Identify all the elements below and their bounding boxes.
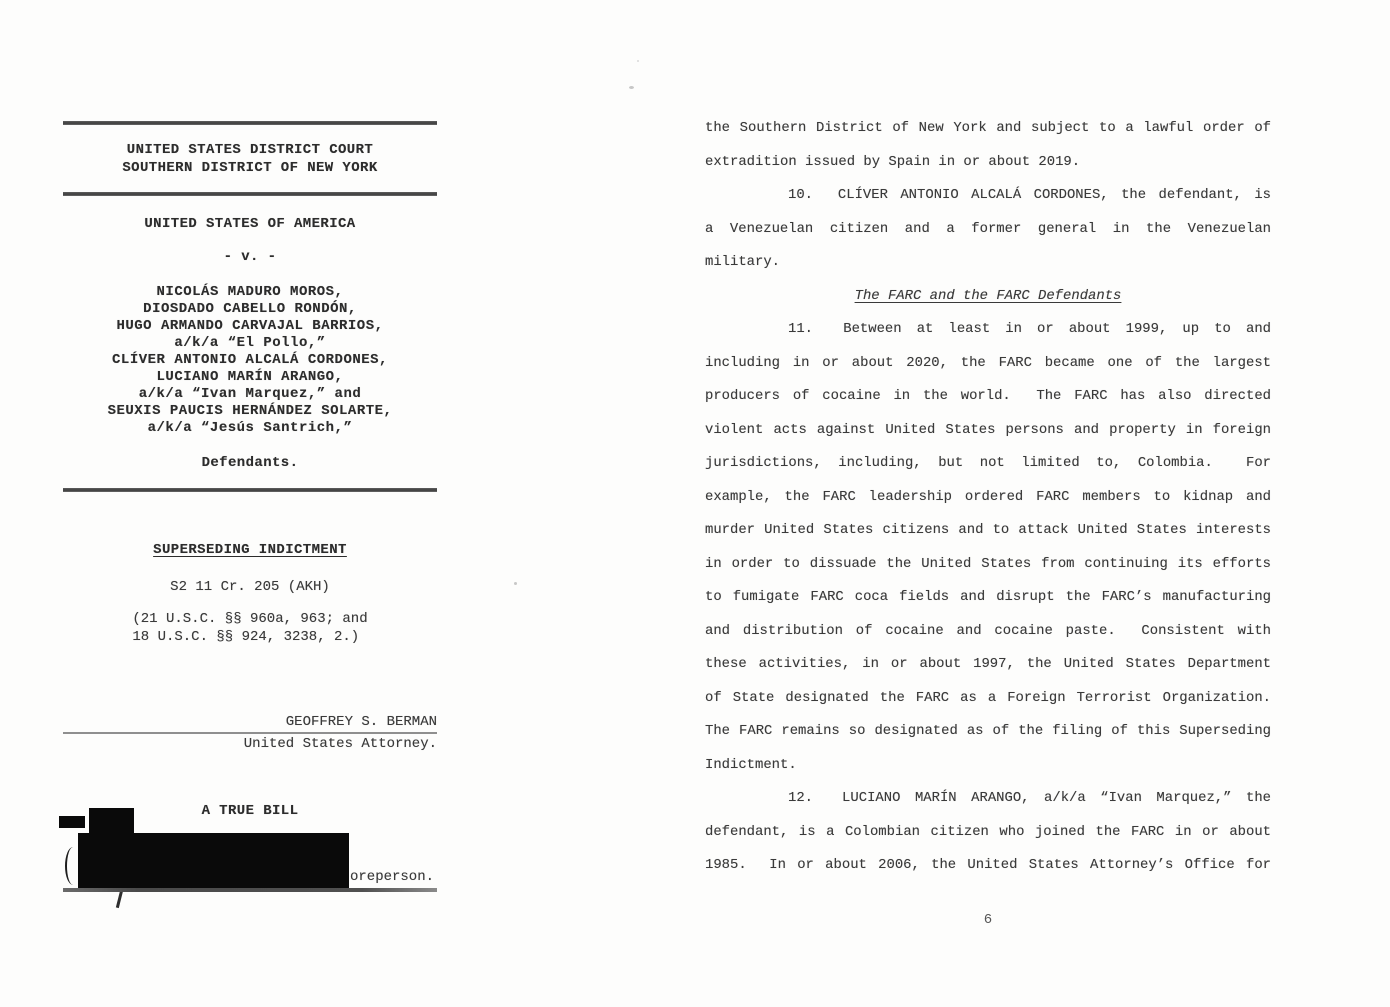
body-line: military. bbox=[705, 246, 1271, 280]
statute-line: 18 U.S.C. §§ 924, 3238, 2.) bbox=[132, 629, 367, 647]
body-line: in order to dissuade the United States f… bbox=[705, 548, 1271, 582]
body-line: murder United States citizens and to att… bbox=[705, 514, 1271, 548]
document-title: SUPERSEDING INDICTMENT bbox=[63, 542, 437, 558]
caption-page: UNITED STATES DISTRICT COURTSOUTHERN DIS… bbox=[63, 0, 437, 1007]
defendant-list: NICOLÁS MADURO MOROS,DIOSDADO CABELLO RO… bbox=[63, 284, 437, 437]
court-header-line: SOUTHERN DISTRICT OF NEW YORK bbox=[63, 159, 437, 177]
signature-line bbox=[63, 732, 437, 734]
body-line: 1985. In or about 2006, the United State… bbox=[705, 849, 1271, 883]
body-line: example, the FARC leadership ordered FAR… bbox=[705, 481, 1271, 515]
signature-stroke-curve bbox=[65, 847, 81, 885]
body-line: 10. CLÍVER ANTONIO ALCALÁ CORDONES, the … bbox=[705, 179, 1271, 213]
body-line: 12. LUCIANO MARÍN ARANGO, a/k/a “Ivan Ma… bbox=[705, 782, 1271, 816]
body-line: violent acts against United States perso… bbox=[705, 414, 1271, 448]
defendant-line: LUCIANO MARÍN ARANGO, bbox=[63, 369, 437, 386]
horizontal-rule-top bbox=[63, 121, 437, 125]
defendant-line: a/k/a “El Pollo,” bbox=[63, 335, 437, 352]
statute-line: (21 U.S.C. §§ 960a, 963; and bbox=[132, 611, 367, 629]
body-line: The FARC and the FARC Defendants bbox=[705, 280, 1271, 314]
body-line: Indictment. bbox=[705, 749, 1271, 783]
court-header-line: UNITED STATES DISTRICT COURT bbox=[63, 141, 437, 159]
case-number: S2 11 Cr. 205 (AKH) bbox=[63, 579, 437, 595]
scan-speck bbox=[637, 60, 639, 62]
body-line: The FARC remains so designated as of the… bbox=[705, 715, 1271, 749]
defendant-line: NICOLÁS MADURO MOROS, bbox=[63, 284, 437, 301]
defendant-line: a/k/a “Jesús Santrich,” bbox=[63, 420, 437, 437]
body-text: the Southern District of New York and su… bbox=[705, 112, 1271, 883]
horizontal-rule-caption-top bbox=[63, 192, 437, 196]
body-line: 11. Between at least in or about 1999, u… bbox=[705, 313, 1271, 347]
scanned-indictment-spread: UNITED STATES DISTRICT COURTSOUTHERN DIS… bbox=[0, 0, 1390, 1007]
page-number: 6 bbox=[705, 912, 1271, 928]
body-line: of State designated the FARC as a Foreig… bbox=[705, 682, 1271, 716]
body-line: to fumigate FARC coca fields and disrupt… bbox=[705, 581, 1271, 615]
body-line: a Venezuelan citizen and a former genera… bbox=[705, 213, 1271, 247]
defendant-line: DIOSDADO CABELLO RONDÓN, bbox=[63, 301, 437, 318]
redaction-block-small bbox=[59, 816, 85, 828]
court-header: UNITED STATES DISTRICT COURTSOUTHERN DIS… bbox=[63, 141, 437, 177]
scan-speck bbox=[514, 582, 517, 585]
redaction-block-large bbox=[78, 833, 349, 891]
body-line: extradition issued by Spain in or about … bbox=[705, 146, 1271, 180]
attorney-name: GEOFFREY S. BERMAN bbox=[63, 714, 437, 730]
statute-citations: (21 U.S.C. §§ 960a, 963; and18 U.S.C. §§… bbox=[63, 611, 437, 646]
plaintiff-name: UNITED STATES OF AMERICA bbox=[63, 216, 437, 232]
body-line: and distribution of cocaine and cocaine … bbox=[705, 615, 1271, 649]
body-line: the Southern District of New York and su… bbox=[705, 112, 1271, 146]
body-line: jurisdictions, including, but not limite… bbox=[705, 447, 1271, 481]
defendant-line: CLÍVER ANTONIO ALCALÁ CORDONES, bbox=[63, 352, 437, 369]
horizontal-rule-caption-bottom bbox=[63, 488, 437, 492]
body-line: these activities, in or about 1997, the … bbox=[705, 648, 1271, 682]
redaction-block-medium bbox=[89, 808, 134, 836]
body-text-page: the Southern District of New York and su… bbox=[705, 0, 1271, 1007]
signature-stroke-slash bbox=[116, 890, 123, 908]
defendant-line: HUGO ARMANDO CARVAJAL BARRIOS, bbox=[63, 318, 437, 335]
body-line: including in or about 2020, the FARC bec… bbox=[705, 347, 1271, 381]
defendant-line: SEUXIS PAUCIS HERNÁNDEZ SOLARTE, bbox=[63, 403, 437, 420]
defendants-label: Defendants. bbox=[63, 455, 437, 471]
foreperson-label: oreperson. bbox=[350, 869, 434, 885]
scan-speck bbox=[629, 86, 634, 89]
versus-separator: - v. - bbox=[63, 249, 437, 265]
body-line: producers of cocaine in the world. The F… bbox=[705, 380, 1271, 414]
body-line: defendant, is a Colombian citizen who jo… bbox=[705, 816, 1271, 850]
foreperson-signature-line bbox=[63, 888, 437, 892]
attorney-title: United States Attorney. bbox=[63, 736, 437, 752]
defendant-line: a/k/a “Ivan Marquez,” and bbox=[63, 386, 437, 403]
